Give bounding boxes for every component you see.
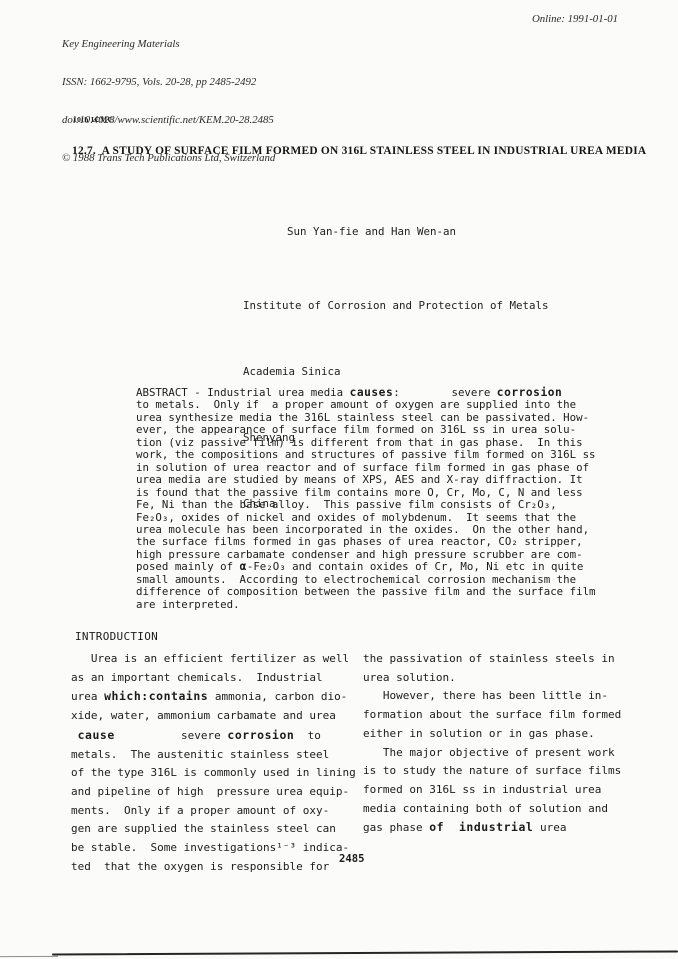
text-line: However, there has been little in- (363, 687, 655, 706)
paper-title: 12.7. A STUDY OF SURFACE FILM FORMED ON … (72, 145, 617, 157)
document-page: Key Engineering Materials ISSN: 1662-979… (0, 0, 678, 959)
text-line: urea which:contains ammonia, carbon dio- (71, 687, 363, 707)
text-line: are interpreted. (136, 599, 616, 611)
text-line: formed on 316L ss in industrial urea (363, 781, 655, 800)
issn-line: ISSN: 1662-9795, Vols. 20-28, pp 2485-24… (62, 76, 275, 89)
conference-label: 10th ICMC (73, 115, 113, 124)
text-line: gen are supplied the stainless steel can (71, 820, 363, 839)
text-line: Urea is an efficient fertilizer as well (71, 650, 363, 669)
text-line: The major objective of present work (363, 744, 655, 763)
intro-left-column: Urea is an efficient fertilizer as wella… (71, 650, 363, 876)
text-line: be stable. Some investigations¹⁻³ indica… (71, 839, 363, 858)
journal-name: Key Engineering Materials (62, 38, 275, 51)
intro-right-column: the passivation of stainless steels inur… (363, 650, 655, 838)
text-line: urea solution. (363, 669, 655, 688)
page-bottom-edge-faint (0, 956, 58, 958)
text-line: is to study the nature of surface films (363, 762, 655, 781)
online-date: Online: 1991-01-01 (532, 13, 618, 25)
page-number: 2485 (339, 853, 365, 865)
authors-line: Sun Yan-fie and Han Wen-an (287, 225, 456, 238)
text-line: formation about the surface film formed (363, 706, 655, 725)
text-line: as an important chemicals. Industrial (71, 669, 363, 688)
affiliation-academy: Academia Sinica (243, 361, 549, 383)
text-line: gas phase of industrial urea (363, 818, 655, 838)
text-line: media containing both of solution and (363, 800, 655, 819)
abstract-block: ABSTRACT - Industrial urea media causes:… (136, 387, 616, 611)
journal-header: Key Engineering Materials ISSN: 1662-979… (62, 13, 275, 189)
text-line: either in solution or in gas phase. (363, 725, 655, 744)
introduction-heading: INTRODUCTION (75, 630, 158, 643)
text-line: and pipeline of high pressure urea equip… (71, 783, 363, 802)
text-line: the passivation of stainless steels in (363, 650, 655, 669)
affiliation-institute: Institute of Corrosion and Protection of… (243, 295, 549, 317)
text-line: cause severe corrosion to (71, 726, 363, 746)
text-line: ments. Only if a proper amount of oxy- (71, 802, 363, 821)
text-line: metals. The austenitic stainless steel (71, 746, 363, 765)
text-line: xide, water, ammonium carbamate and urea (71, 707, 363, 726)
page-bottom-edge (52, 950, 678, 955)
text-line: of the type 316L is commonly used in lin… (71, 764, 363, 783)
text-line: ted that the oxygen is responsible for (71, 858, 363, 877)
